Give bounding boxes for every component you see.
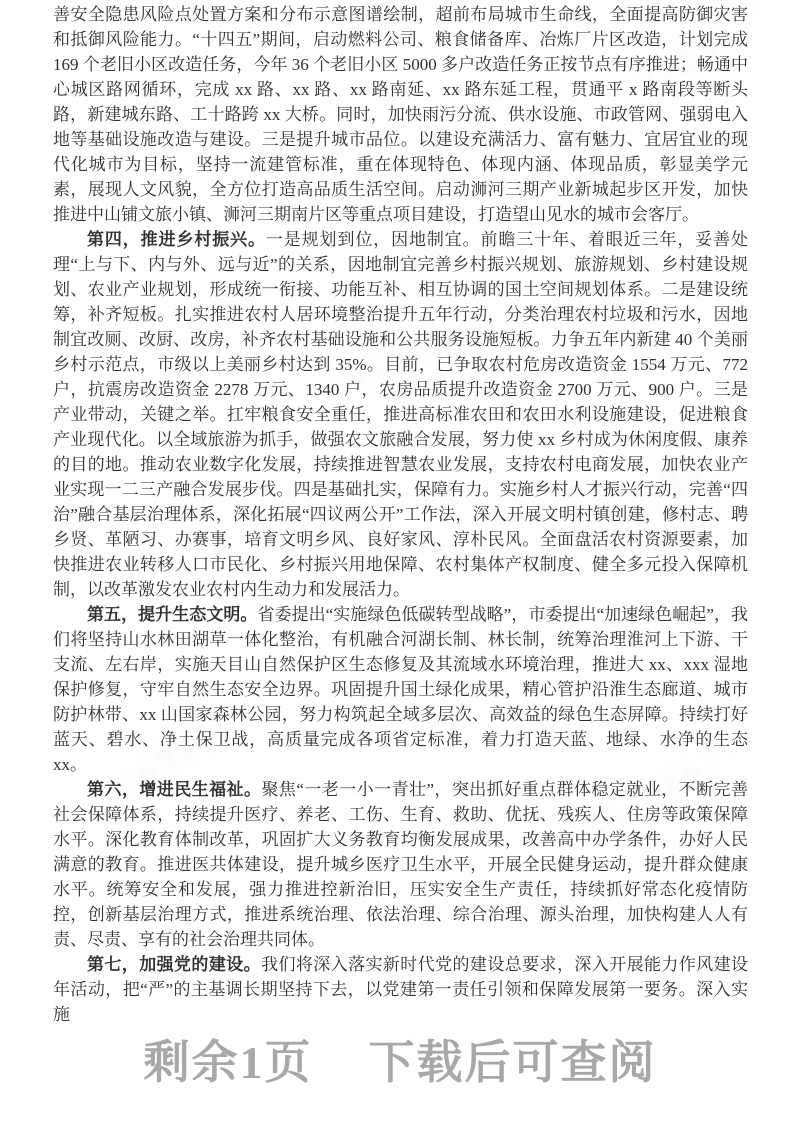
paragraph-text: 省委提出“实施绿色低碳转型战略”，市委提出“加速绿色崛起”，我们将坚持山水林田湖… <box>53 605 748 774</box>
paragraph-section-4: 第四，推进乡村振兴。一是规划到位，因地制宜。前瞻三十年、着眼近三年，妥善处理“上… <box>53 227 748 602</box>
document-preview-page: 善安全隐患风险点处置方案和分布示意图谱绘制，超前布局城市生命线，全面提高防御灾害… <box>0 0 800 1135</box>
paragraph-text: 一是规划到位，因地制宜。前瞻三十年、着眼近三年，妥善处理“上与下、内与外、远与近… <box>53 230 748 599</box>
paragraph-text: 善安全隐患风险点处置方案和分布示意图谱绘制，超前布局城市生命线，全面提高防御灾害… <box>53 5 748 224</box>
paragraph-text: 聚焦“一老一小一青壮”，突出抓好重点群体稳定就业，不断完善社会保障体系，持续提升… <box>53 780 748 949</box>
document-body: 善安全隐患风险点处置方案和分布示意图谱绘制，超前布局城市生命线，全面提高防御灾害… <box>53 2 748 1027</box>
paragraph-section-6: 第六，增进民生福祉。聚焦“一老一小一青壮”，突出抓好重点群体稳定就业，不断完善社… <box>53 777 748 952</box>
remaining-pages-label: 剩余1页 <box>144 1026 313 1092</box>
paragraph-continuation: 善安全隐患风险点处置方案和分布示意图谱绘制，超前布局城市生命线，全面提高防御灾害… <box>53 2 748 227</box>
paragraph-section-7: 第七，加强党的建设。我们将深入落实新时代党的建设总要求，深入开展能力作风建设年活… <box>53 952 748 1027</box>
section-heading: 第六，增进民生福祉。 <box>87 780 261 799</box>
paragraph-section-5: 第五，提升生态文明。省委提出“实施绿色低碳转型战略”，市委提出“加速绿色崛起”，… <box>53 602 748 777</box>
section-heading: 第五，提升生态文明。 <box>87 605 257 624</box>
section-heading: 第四，推进乡村振兴。 <box>87 230 266 249</box>
pager-banner: 剩余1页 下载后可查阅 <box>0 1026 800 1092</box>
section-heading: 第七，加强党的建设。 <box>87 955 261 974</box>
download-hint-label: 下载后可查阅 <box>369 1026 657 1092</box>
